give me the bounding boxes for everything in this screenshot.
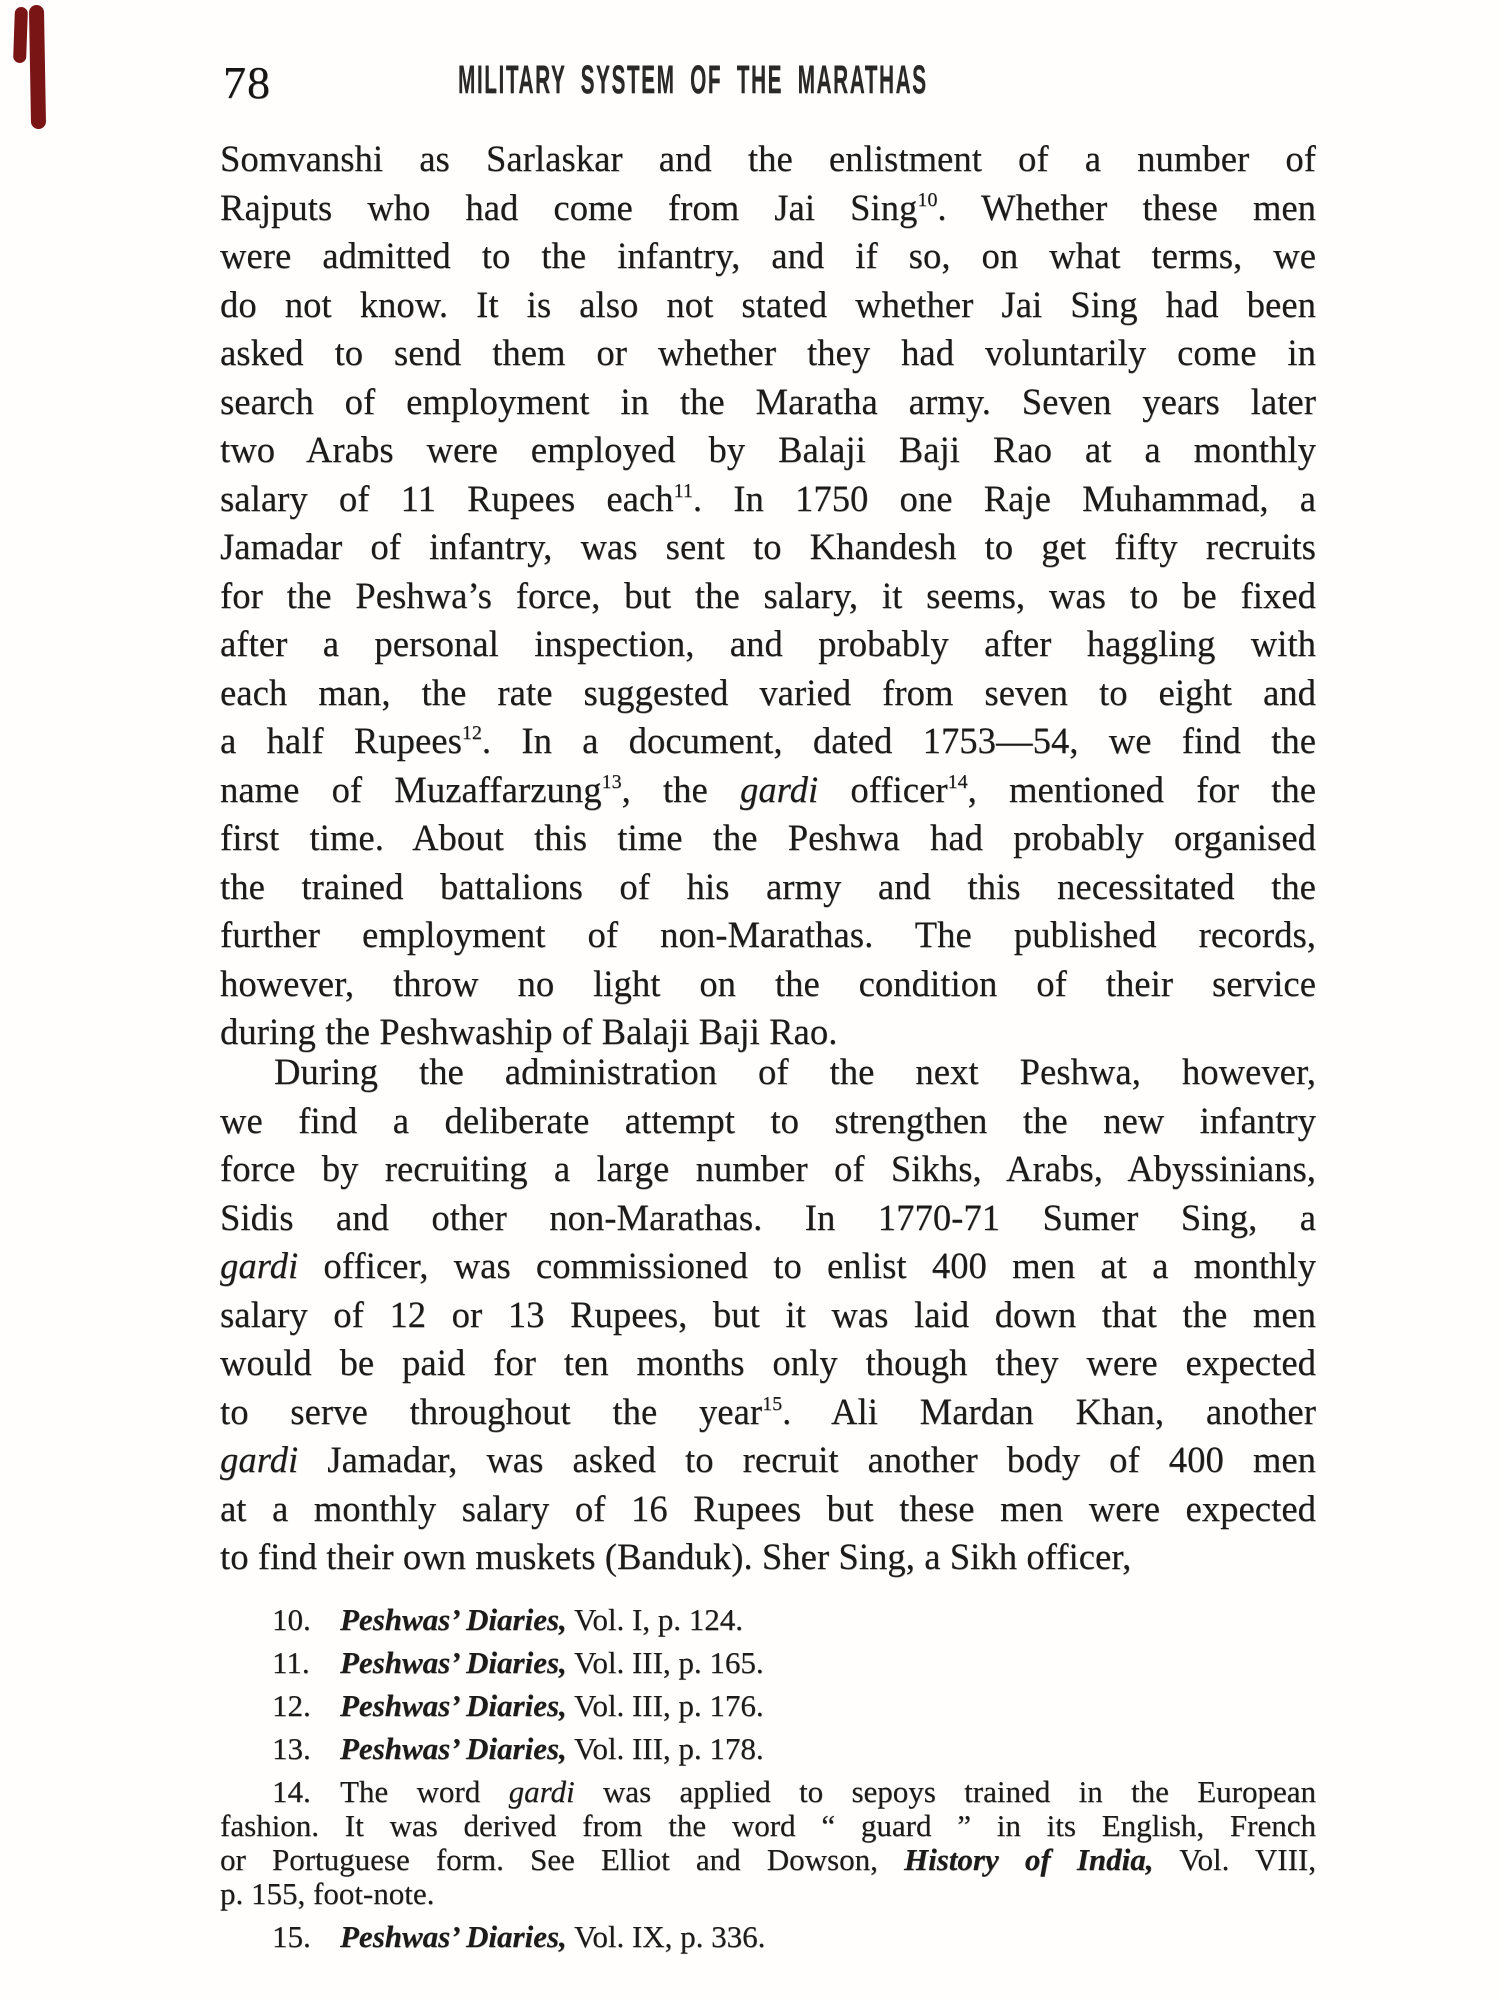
footnote-ref: 12 xyxy=(462,722,482,744)
text-run: Jamadar, was asked to recruit another bo… xyxy=(298,1439,1316,1480)
text-line: further employment of non-Marathas. The … xyxy=(220,911,1316,960)
text-line: During the administration of the next Pe… xyxy=(220,1048,1316,1097)
footnote-number: 11. xyxy=(272,1646,340,1680)
text-run: officer xyxy=(818,769,947,810)
footnote-entry: 15.Peshwas’ Diaries, Vol. IX, p. 336. xyxy=(220,1920,1316,1954)
text-line: 14.The word gardi was applied to sepoys … xyxy=(220,1775,1316,1809)
text-line: gardi officer, was commissioned to enlis… xyxy=(220,1242,1316,1291)
text-run: . Ali Mardan Khan, another xyxy=(782,1391,1316,1432)
text-run: Vol. I, p. 124. xyxy=(567,1602,743,1637)
text-run: force by recruiting a large number of Si… xyxy=(220,1148,1316,1189)
text-run: fashion. It was derived from the word “ … xyxy=(220,1809,1316,1843)
text-run: Vol. III, p. 178. xyxy=(567,1731,764,1766)
text-run: The word xyxy=(340,1775,509,1809)
text-run: Peshwas’ Diaries, xyxy=(340,1919,567,1954)
text-run: salary of 12 or 13 Rupees, but it was la… xyxy=(220,1294,1316,1335)
text-line: we find a deliberate attempt to strength… xyxy=(220,1097,1316,1146)
text-line: however, throw no light on the condition… xyxy=(220,960,1316,1009)
text-run: however, throw no light on the condition… xyxy=(220,963,1316,1004)
text-run: History of India, xyxy=(904,1843,1153,1877)
text-run: would be paid for ten months only though… xyxy=(220,1342,1316,1383)
text-line: a half Rupees12. In a document, dated 17… xyxy=(220,717,1316,766)
text-run: search of employment in the Maratha army… xyxy=(220,381,1316,422)
text-run: , mentioned for the xyxy=(968,769,1316,810)
footnote-ref: 10 xyxy=(917,189,937,211)
text-run: at a monthly salary of 16 Rupees but the… xyxy=(220,1488,1316,1529)
text-run: for the Peshwa’s force, but the salary, … xyxy=(220,575,1316,616)
text-run: we find a deliberate attempt to strength… xyxy=(220,1100,1316,1141)
text-line: search of employment in the Maratha army… xyxy=(220,378,1316,427)
text-line: do not know. It is also not stated wheth… xyxy=(220,281,1316,330)
footnote-ref: 11 xyxy=(674,480,693,502)
text-run: Vol. III, p. 165. xyxy=(567,1645,764,1680)
text-run: During the administration of the next Pe… xyxy=(274,1051,1316,1092)
text-run: or Portuguese form. See Elliot and Dowso… xyxy=(220,1843,904,1877)
text-line: Sidis and other non-Marathas. In 1770-71… xyxy=(220,1194,1316,1243)
text-line: gardi Jamadar, was asked to recruit anot… xyxy=(220,1436,1316,1485)
footnotes: 10.Peshwas’ Diaries, Vol. I, p. 124.11.P… xyxy=(220,1603,1316,1963)
footnote-entry: 11.Peshwas’ Diaries, Vol. III, p. 165. xyxy=(220,1646,1316,1680)
text-run: name of Muzaffarzung xyxy=(220,769,602,810)
text-line: at a monthly salary of 16 Rupees but the… xyxy=(220,1485,1316,1534)
text-run: gardi xyxy=(740,769,818,810)
text-run: to find their own muskets (Banduk). Sher… xyxy=(220,1536,1131,1577)
text-line: name of Muzaffarzung13, the gardi office… xyxy=(220,766,1316,815)
text-line: fashion. It was derived from the word “ … xyxy=(220,1809,1316,1843)
text-line: Jamadar of infantry, was sent to Khandes… xyxy=(220,523,1316,572)
text-line: Somvanshi as Sarlaskar and the enlistmen… xyxy=(220,135,1316,184)
text-run: first time. About this time the Peshwa h… xyxy=(220,817,1316,858)
text-run: gardi xyxy=(220,1245,298,1286)
text-run: gardi xyxy=(220,1439,298,1480)
text-line: p. 155, foot-note. xyxy=(220,1877,1316,1911)
footnote-entry: 13.Peshwas’ Diaries, Vol. III, p. 178. xyxy=(220,1732,1316,1766)
text-run: Vol. VIII, xyxy=(1154,1843,1317,1877)
text-line: salary of 11 Rupees each11. In 1750 one … xyxy=(220,475,1316,524)
text-run: Peshwas’ Diaries, xyxy=(340,1602,567,1637)
text-line: or Portuguese form. See Elliot and Dowso… xyxy=(220,1843,1316,1877)
text-run: to serve throughout the year xyxy=(220,1391,762,1432)
text-line: force by recruiting a large number of Si… xyxy=(220,1145,1316,1194)
text-line: for the Peshwa’s force, but the salary, … xyxy=(220,572,1316,621)
text-line: to serve throughout the year15. Ali Mard… xyxy=(220,1388,1316,1437)
text-run: Somvanshi as Sarlaskar and the enlistmen… xyxy=(220,138,1316,179)
pen-marks xyxy=(0,0,70,150)
text-run: Rajputs who had come from Jai Sing xyxy=(220,187,917,228)
footnote-ref: 13 xyxy=(602,771,622,793)
text-line: the trained battalions of his army and t… xyxy=(220,863,1316,912)
text-line: were admitted to the infantry, and if so… xyxy=(220,232,1316,281)
red-pen-mark xyxy=(13,7,28,63)
text-run: Vol. III, p. 176. xyxy=(567,1688,764,1723)
text-run: two Arabs were employed by Balaji Baji R… xyxy=(220,429,1316,470)
text-run: gardi xyxy=(509,1775,575,1809)
text-run: Sidis and other non-Marathas. In 1770-71… xyxy=(220,1197,1316,1238)
footnote-number: 15. xyxy=(272,1920,340,1954)
text-line: salary of 12 or 13 Rupees, but it was la… xyxy=(220,1291,1316,1340)
footnote-number: 14. xyxy=(272,1775,340,1809)
footnote-ref: 14 xyxy=(948,771,968,793)
text-line: first time. About this time the Peshwa h… xyxy=(220,814,1316,863)
text-line: Rajputs who had come from Jai Sing10. Wh… xyxy=(220,184,1316,233)
text-run: Vol. IX, p. 336. xyxy=(567,1919,766,1954)
text-run: a half Rupees xyxy=(220,720,462,761)
text-line: after a personal inspection, and probabl… xyxy=(220,620,1316,669)
text-run: salary of 11 Rupees each xyxy=(220,478,674,519)
text-run: was applied to sepoys trained in the Eur… xyxy=(575,1775,1316,1809)
text-run: p. 155, foot-note. xyxy=(220,1877,434,1911)
text-line: to find their own muskets (Banduk). Sher… xyxy=(220,1533,1316,1582)
footnote-number: 13. xyxy=(272,1732,340,1766)
running-head: MILITARY SYSTEM OF THE MARATHAS xyxy=(458,60,928,100)
text-run: further employment of non-Marathas. The … xyxy=(220,914,1316,955)
page-number: 78 xyxy=(223,60,271,106)
text-run: after a personal inspection, and probabl… xyxy=(220,623,1316,664)
footnote-entry: 12.Peshwas’ Diaries, Vol. III, p. 176. xyxy=(220,1689,1316,1723)
text-run: Jamadar of infantry, was sent to Khandes… xyxy=(220,526,1316,567)
footnote-entry: 10.Peshwas’ Diaries, Vol. I, p. 124. xyxy=(220,1603,1316,1637)
text-run: , the xyxy=(622,769,740,810)
footnote-ref: 15 xyxy=(762,1393,782,1415)
text-run: the trained battalions of his army and t… xyxy=(220,866,1316,907)
text-run: officer, was commissioned to enlist 400 … xyxy=(298,1245,1316,1286)
text-run: Peshwas’ Diaries, xyxy=(340,1645,567,1680)
footnote-number: 10. xyxy=(272,1603,340,1637)
book-page: 78 MILITARY SYSTEM OF THE MARATHAS Somva… xyxy=(0,0,1500,2000)
text-line: would be paid for ten months only though… xyxy=(220,1339,1316,1388)
body-paragraph-2: During the administration of the next Pe… xyxy=(220,1048,1316,1582)
text-run: . In 1750 one Raje Muhammad, a xyxy=(693,478,1316,519)
text-run: during the Peshwaship of Balaji Baji Rao… xyxy=(220,1011,837,1052)
text-run: do not know. It is also not stated wheth… xyxy=(220,284,1316,325)
text-line: each man, the rate suggested varied from… xyxy=(220,669,1316,718)
text-run: Peshwas’ Diaries, xyxy=(340,1688,567,1723)
text-run: were admitted to the infantry, and if so… xyxy=(220,235,1316,276)
text-run: . Whether these men xyxy=(937,187,1316,228)
text-run: asked to send them or whether they had v… xyxy=(220,332,1316,373)
body-paragraph-1: Somvanshi as Sarlaskar and the enlistmen… xyxy=(220,135,1316,1057)
text-run: Peshwas’ Diaries, xyxy=(340,1731,567,1766)
text-run: . In a document, dated 1753—54, we find … xyxy=(482,720,1316,761)
red-pen-mark xyxy=(29,5,46,129)
text-line: two Arabs were employed by Balaji Baji R… xyxy=(220,426,1316,475)
footnote-entry: 14.The word gardi was applied to sepoys … xyxy=(220,1775,1316,1911)
text-line: asked to send them or whether they had v… xyxy=(220,329,1316,378)
text-run: each man, the rate suggested varied from… xyxy=(220,672,1316,713)
footnote-number: 12. xyxy=(272,1689,340,1723)
